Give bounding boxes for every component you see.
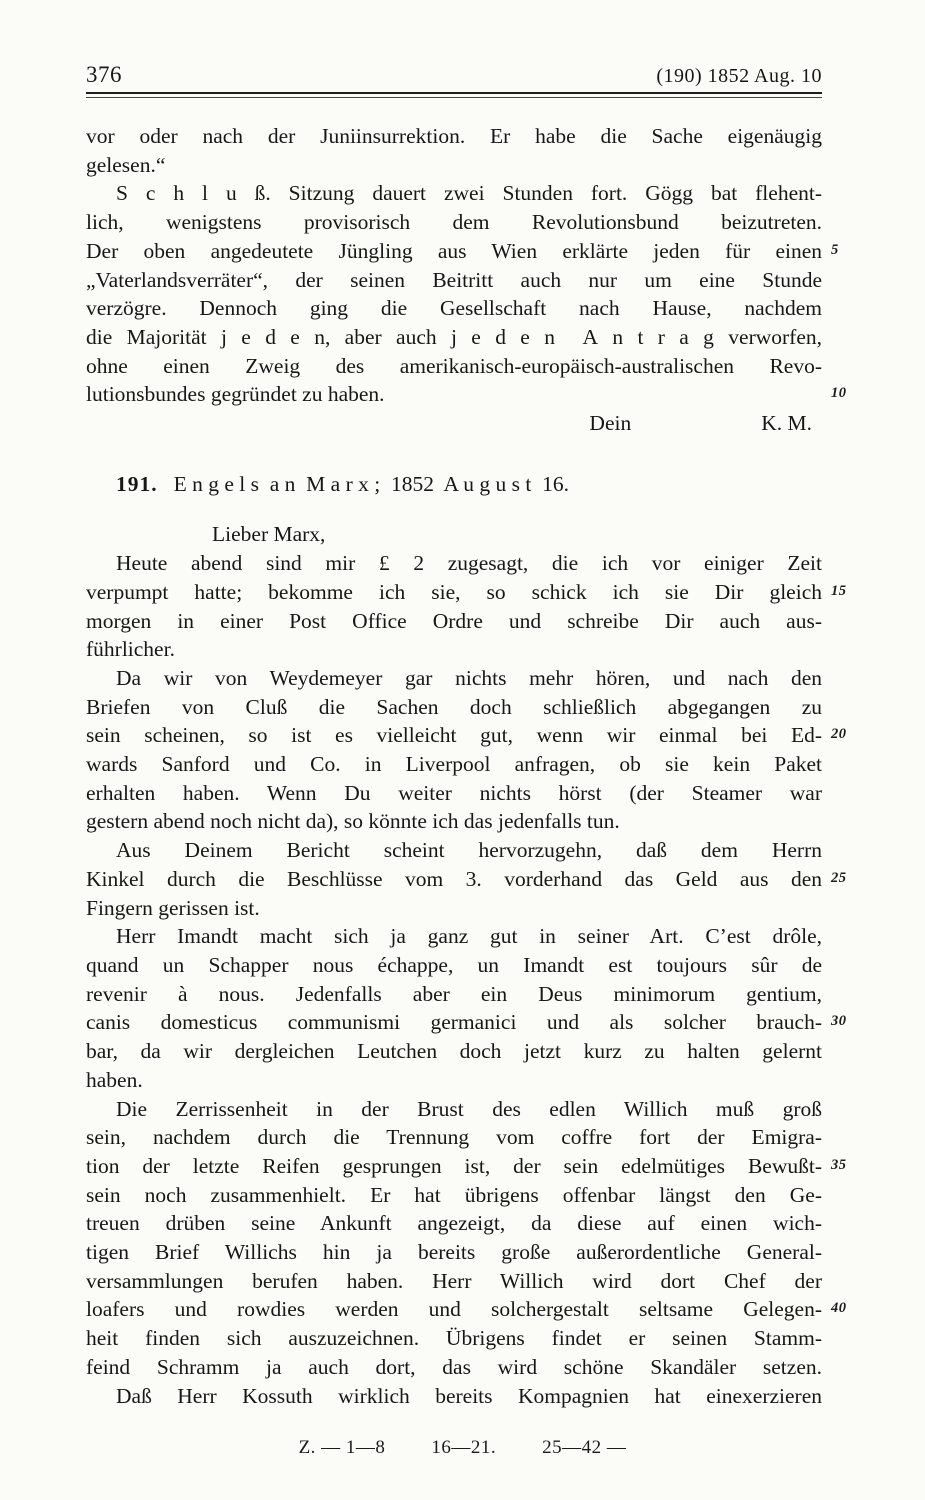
running-head-date: (190) 1852 Aug. 10 <box>656 63 822 89</box>
header-rule <box>86 92 822 98</box>
text-line: gestern abend noch nicht da), so könnte … <box>86 807 822 836</box>
text-line: Aus Deinem Bericht scheint hervorzugehn,… <box>86 836 822 865</box>
text-line: feind Schramm ja auch dort, das wird sch… <box>86 1353 822 1382</box>
text-line: Heute abend sind mir £ 2 zugesagt, die i… <box>86 549 822 578</box>
signature-closing: Dein <box>589 409 631 438</box>
book-page: 376 (190) 1852 Aug. 10 vor oder nach der… <box>0 0 925 1500</box>
text-line: tion der letzte Reifen gesprungen ist, d… <box>86 1152 822 1181</box>
text-line: quand un Schapper nous échappe, un Imand… <box>86 951 822 980</box>
text-line: Fingern gerissen ist. <box>86 894 822 923</box>
text-line: verpumpt hatte; bekomme ich sie, so schi… <box>86 578 822 607</box>
variant-note-part: 25—42 — <box>542 1437 626 1459</box>
line-number-margin: 10 <box>831 386 847 401</box>
text-line: morgen in einer Post Office Ordre und sc… <box>86 607 822 636</box>
line-number-margin: 40 <box>831 1301 847 1316</box>
text-line: canis domesticus communismi germanici un… <box>86 1008 822 1037</box>
text-line: Herr Imandt macht sich ja ganz gut in se… <box>86 922 822 951</box>
text-line: vor oder nach der Juniinsurrektion. Er h… <box>86 122 822 151</box>
text-line: Da wir von Weydemeyer gar nichts mehr hö… <box>86 664 822 693</box>
text-line: führlicher. <box>86 635 822 664</box>
letter-heading-text: E n g e l s a n M a r x ; 1852 A u g u s… <box>174 472 569 496</box>
line-number-margin: 30 <box>831 1014 847 1029</box>
letter-number: 191. <box>116 472 158 496</box>
variant-note-part: Z. — 1—8 <box>299 1437 386 1459</box>
variant-note-line: Z. — 1—8 16—21. 25—42 — <box>0 1437 925 1459</box>
text-block-letter-190-end: vor oder nach der Juniinsurrektion. Er h… <box>86 122 822 409</box>
text-line: haben. <box>86 1066 822 1095</box>
text-line: lich, wenigstens provisorisch dem Revolu… <box>86 208 822 237</box>
page-body: vor oder nach der Juniinsurrektion. Er h… <box>86 122 822 1410</box>
variant-note-part: 16—21. <box>431 1437 496 1459</box>
text-block-letter-191: Heute abend sind mir £ 2 zugesagt, die i… <box>86 549 822 1410</box>
text-line: revenir à nous. Jedenfalls aber ein Deus… <box>86 980 822 1009</box>
signature-initials: K. M. <box>761 409 812 438</box>
text-line: lutionsbundes gegründet zu haben.10 <box>86 380 822 409</box>
text-line: Der oben angedeutete Jüngling aus Wien e… <box>86 237 822 266</box>
line-number-margin: 20 <box>831 727 847 742</box>
text-line: Die Zerrissenheit in der Brust des edlen… <box>86 1095 822 1124</box>
text-line: heit finden sich auszuzeichnen. Übrigens… <box>86 1324 822 1353</box>
text-line: S c h l u ß. Sitzung dauert zwei Stunden… <box>86 179 822 208</box>
line-number-margin: 35 <box>831 1158 847 1173</box>
text-line: treuen drüben seine Ankunft angezeigt, d… <box>86 1209 822 1238</box>
text-line: tigen Brief Willichs hin ja bereits groß… <box>86 1238 822 1267</box>
page-number: 376 <box>86 62 122 88</box>
signature-line: Dein K. M. <box>86 409 822 438</box>
text-line: versammlungen berufen haben. Herr Willic… <box>86 1267 822 1296</box>
running-head: 376 (190) 1852 Aug. 10 <box>86 62 822 89</box>
salutation: Lieber Marx, <box>86 520 822 549</box>
letter-heading: 191.E n g e l s a n M a r x ; 1852 A u g… <box>86 470 822 499</box>
text-line: wards Sanford und Co. in Liverpool anfra… <box>86 750 822 779</box>
text-line: loafers und rowdies werden und solcherge… <box>86 1295 822 1324</box>
text-line: die Majorität j e d e n, aber auch j e d… <box>86 323 822 352</box>
line-number-margin: 25 <box>831 871 847 886</box>
text-line: erhalten haben. Wenn Du weiter nichts hö… <box>86 779 822 808</box>
text-line: sein scheinen, so ist es vielleicht gut,… <box>86 721 822 750</box>
text-line: Briefen von Cluß die Sachen doch schließ… <box>86 693 822 722</box>
line-number-margin: 5 <box>831 243 839 258</box>
text-line: sein noch zusammenhielt. Er hat übrigens… <box>86 1181 822 1210</box>
text-line: Kinkel durch die Beschlüsse vom 3. vorde… <box>86 865 822 894</box>
line-number-margin: 15 <box>831 584 847 599</box>
text-line: sein, nachdem durch die Trennung vom cof… <box>86 1123 822 1152</box>
text-line: gelesen.“ <box>86 151 822 180</box>
text-line: Daß Herr Kossuth wirklich bereits Kompag… <box>86 1382 822 1411</box>
text-line: verzögre. Dennoch ging die Gesellschaft … <box>86 294 822 323</box>
text-line: bar, da wir dergleichen Leutchen doch je… <box>86 1037 822 1066</box>
text-line: „Vaterlandsverräter“, der seinen Beitrit… <box>86 266 822 295</box>
text-line: ohne einen Zweig des amerikanisch-europä… <box>86 352 822 381</box>
